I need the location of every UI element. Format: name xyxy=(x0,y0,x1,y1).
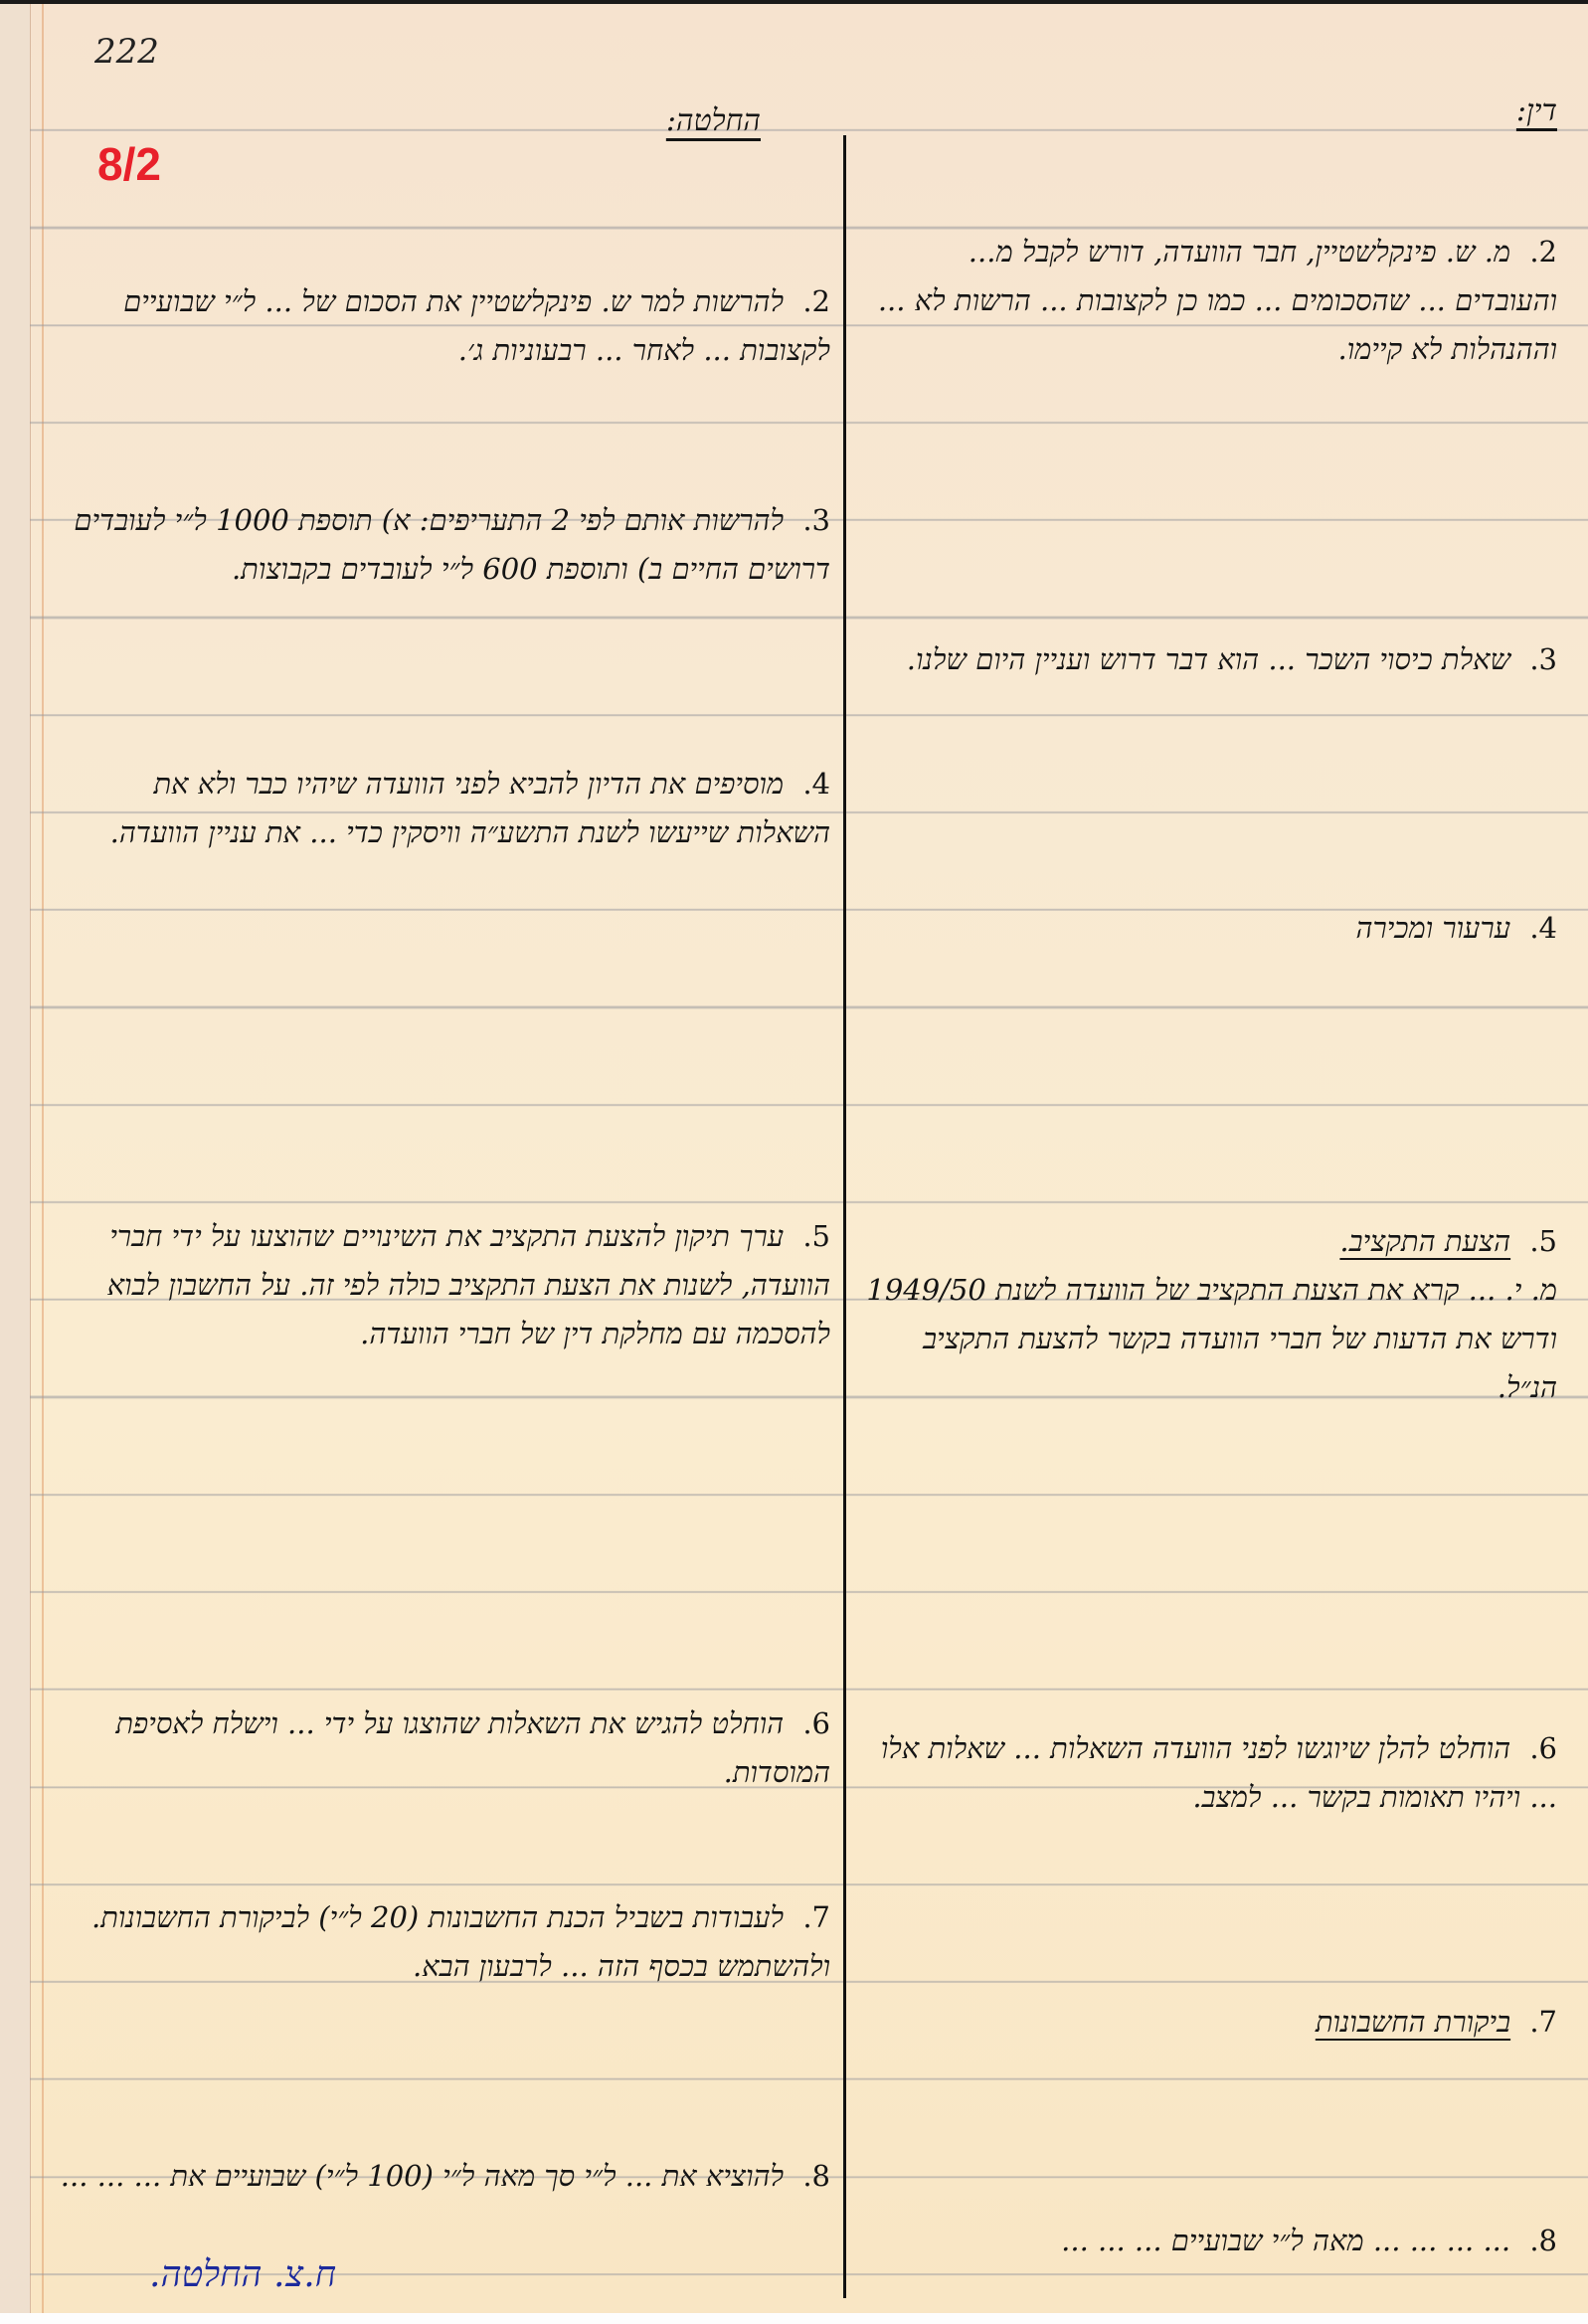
page-binding-edge xyxy=(0,4,31,2313)
item-text: הוחלט להגיש את השאלות שהוצגו על ידי ... … xyxy=(115,1706,830,1789)
decision-item: 2. להרשות למר ש. פינקלשטיין את הסכום של … xyxy=(60,277,830,375)
column-divider xyxy=(843,135,846,2298)
item-text: להרשות למר ש. פינקלשטיין את הסכום של ...… xyxy=(123,284,830,367)
item-text: מ. ש. פינקלשטיין, חבר הוועדה, דורש לקבל … xyxy=(878,235,1557,366)
discussion-item: 3. שאלת כיסוי השכר ... הוא דבר דרוש ועני… xyxy=(861,635,1557,684)
item-text: מוסיפים את הדיון להביא לפני הוועדה שיהיו… xyxy=(110,767,830,849)
page-number: 222 xyxy=(94,32,159,72)
decision-item: 4. מוסיפים את הדיון להביא לפני הוועדה שי… xyxy=(60,760,830,857)
item-text: ... ... ... ... מאה ל״י שבועיים ... ... … xyxy=(1061,2224,1510,2257)
item-number: 5. xyxy=(1529,1224,1557,1258)
discussion-column: דין: 2. מ. ש. פינקלשטיין, חבר הוועדה, דו… xyxy=(861,93,1557,2281)
item-number: 6. xyxy=(1529,1731,1557,1765)
decision-item: 7. לעבודות בשביל הכנת החשבונות (20 ל״י) … xyxy=(60,1893,830,1991)
item-text: ערעור ומכירה xyxy=(1356,911,1511,945)
item-title: ביקורת החשבונות xyxy=(1316,2005,1510,2039)
item-text: לעבודות בשביל הכנת החשבונות (20 ל״י) לבי… xyxy=(91,1900,830,1983)
discussion-item: 2. מ. ש. פינקלשטיין, חבר הוועדה, דורש לק… xyxy=(861,228,1557,374)
discussion-item: 5. הצעת התקציב. מ. י. ... קרא את הצעת הת… xyxy=(861,1217,1557,1412)
item-number: 8. xyxy=(802,2159,830,2193)
item-number: 3. xyxy=(802,503,830,537)
discussion-item: 8. ... ... ... ... מאה ל״י שבועיים ... .… xyxy=(861,2217,1557,2265)
item-text: ערך תיקון להצעת התקציב את השינויים שהוצע… xyxy=(107,1219,830,1350)
decision-heading: החלטה: xyxy=(60,103,761,138)
discussion-item: 6. הוחלט להלן שיוגשו לפני הוועדה השאלות … xyxy=(861,1724,1557,1822)
item-text: להרשות אותם לפי 2 התעריפים: א) תוספת 100… xyxy=(74,503,830,586)
decision-item: 6. הוחלט להגיש את השאלות שהוצגו על ידי .… xyxy=(60,1699,830,1797)
item-number: 7. xyxy=(1529,2005,1557,2039)
item-number: 3. xyxy=(1529,642,1557,676)
item-number: 6. xyxy=(802,1706,830,1740)
decision-column: החלטה: 2. להרשות למר ש. פינקלשטיין את הס… xyxy=(60,103,830,2291)
item-number: 4. xyxy=(802,767,830,801)
discussion-item: 7. ביקורת החשבונות xyxy=(861,1998,1557,2047)
discussion-item: 4. ערעור ומכירה xyxy=(861,904,1557,953)
item-text: הוחלט להלן שיוגשו לפני הוועדה השאלות ...… xyxy=(881,1731,1557,1814)
scanned-ledger-page: 222 8/2 דין: 2. מ. ש. פינקלשטיין, חבר הו… xyxy=(0,0,1588,2313)
item-number: 7. xyxy=(802,1900,830,1934)
decision-item: 3. להרשות אותם לפי 2 התעריפים: א) תוספת … xyxy=(60,496,830,594)
signature-initials: ח.צ. החלטה. xyxy=(149,2253,336,2295)
decision-item: 8. להוציא את ... ל״י סך מאה ל״י (100 ל״י… xyxy=(60,2152,830,2201)
item-text: שאלת כיסוי השכר ... הוא דבר דרוש ועניין … xyxy=(907,642,1510,676)
decision-item: 5. ערך תיקון להצעת התקציב את השינויים שה… xyxy=(60,1212,830,1358)
item-text: להוציא את ... ל״י סך מאה ל״י (100 ל״י) ש… xyxy=(61,2159,784,2193)
item-number: 5. xyxy=(802,1219,830,1253)
item-text: מ. י. ... קרא את הצעת התקציב של הוועדה ל… xyxy=(866,1273,1557,1404)
item-number: 4. xyxy=(1529,911,1557,945)
discussion-heading: דין: xyxy=(861,93,1557,128)
item-number: 2. xyxy=(1529,235,1557,268)
item-number: 8. xyxy=(1529,2224,1557,2257)
item-number: 2. xyxy=(802,284,830,318)
item-title: הצעת התקציב. xyxy=(1339,1224,1510,1258)
